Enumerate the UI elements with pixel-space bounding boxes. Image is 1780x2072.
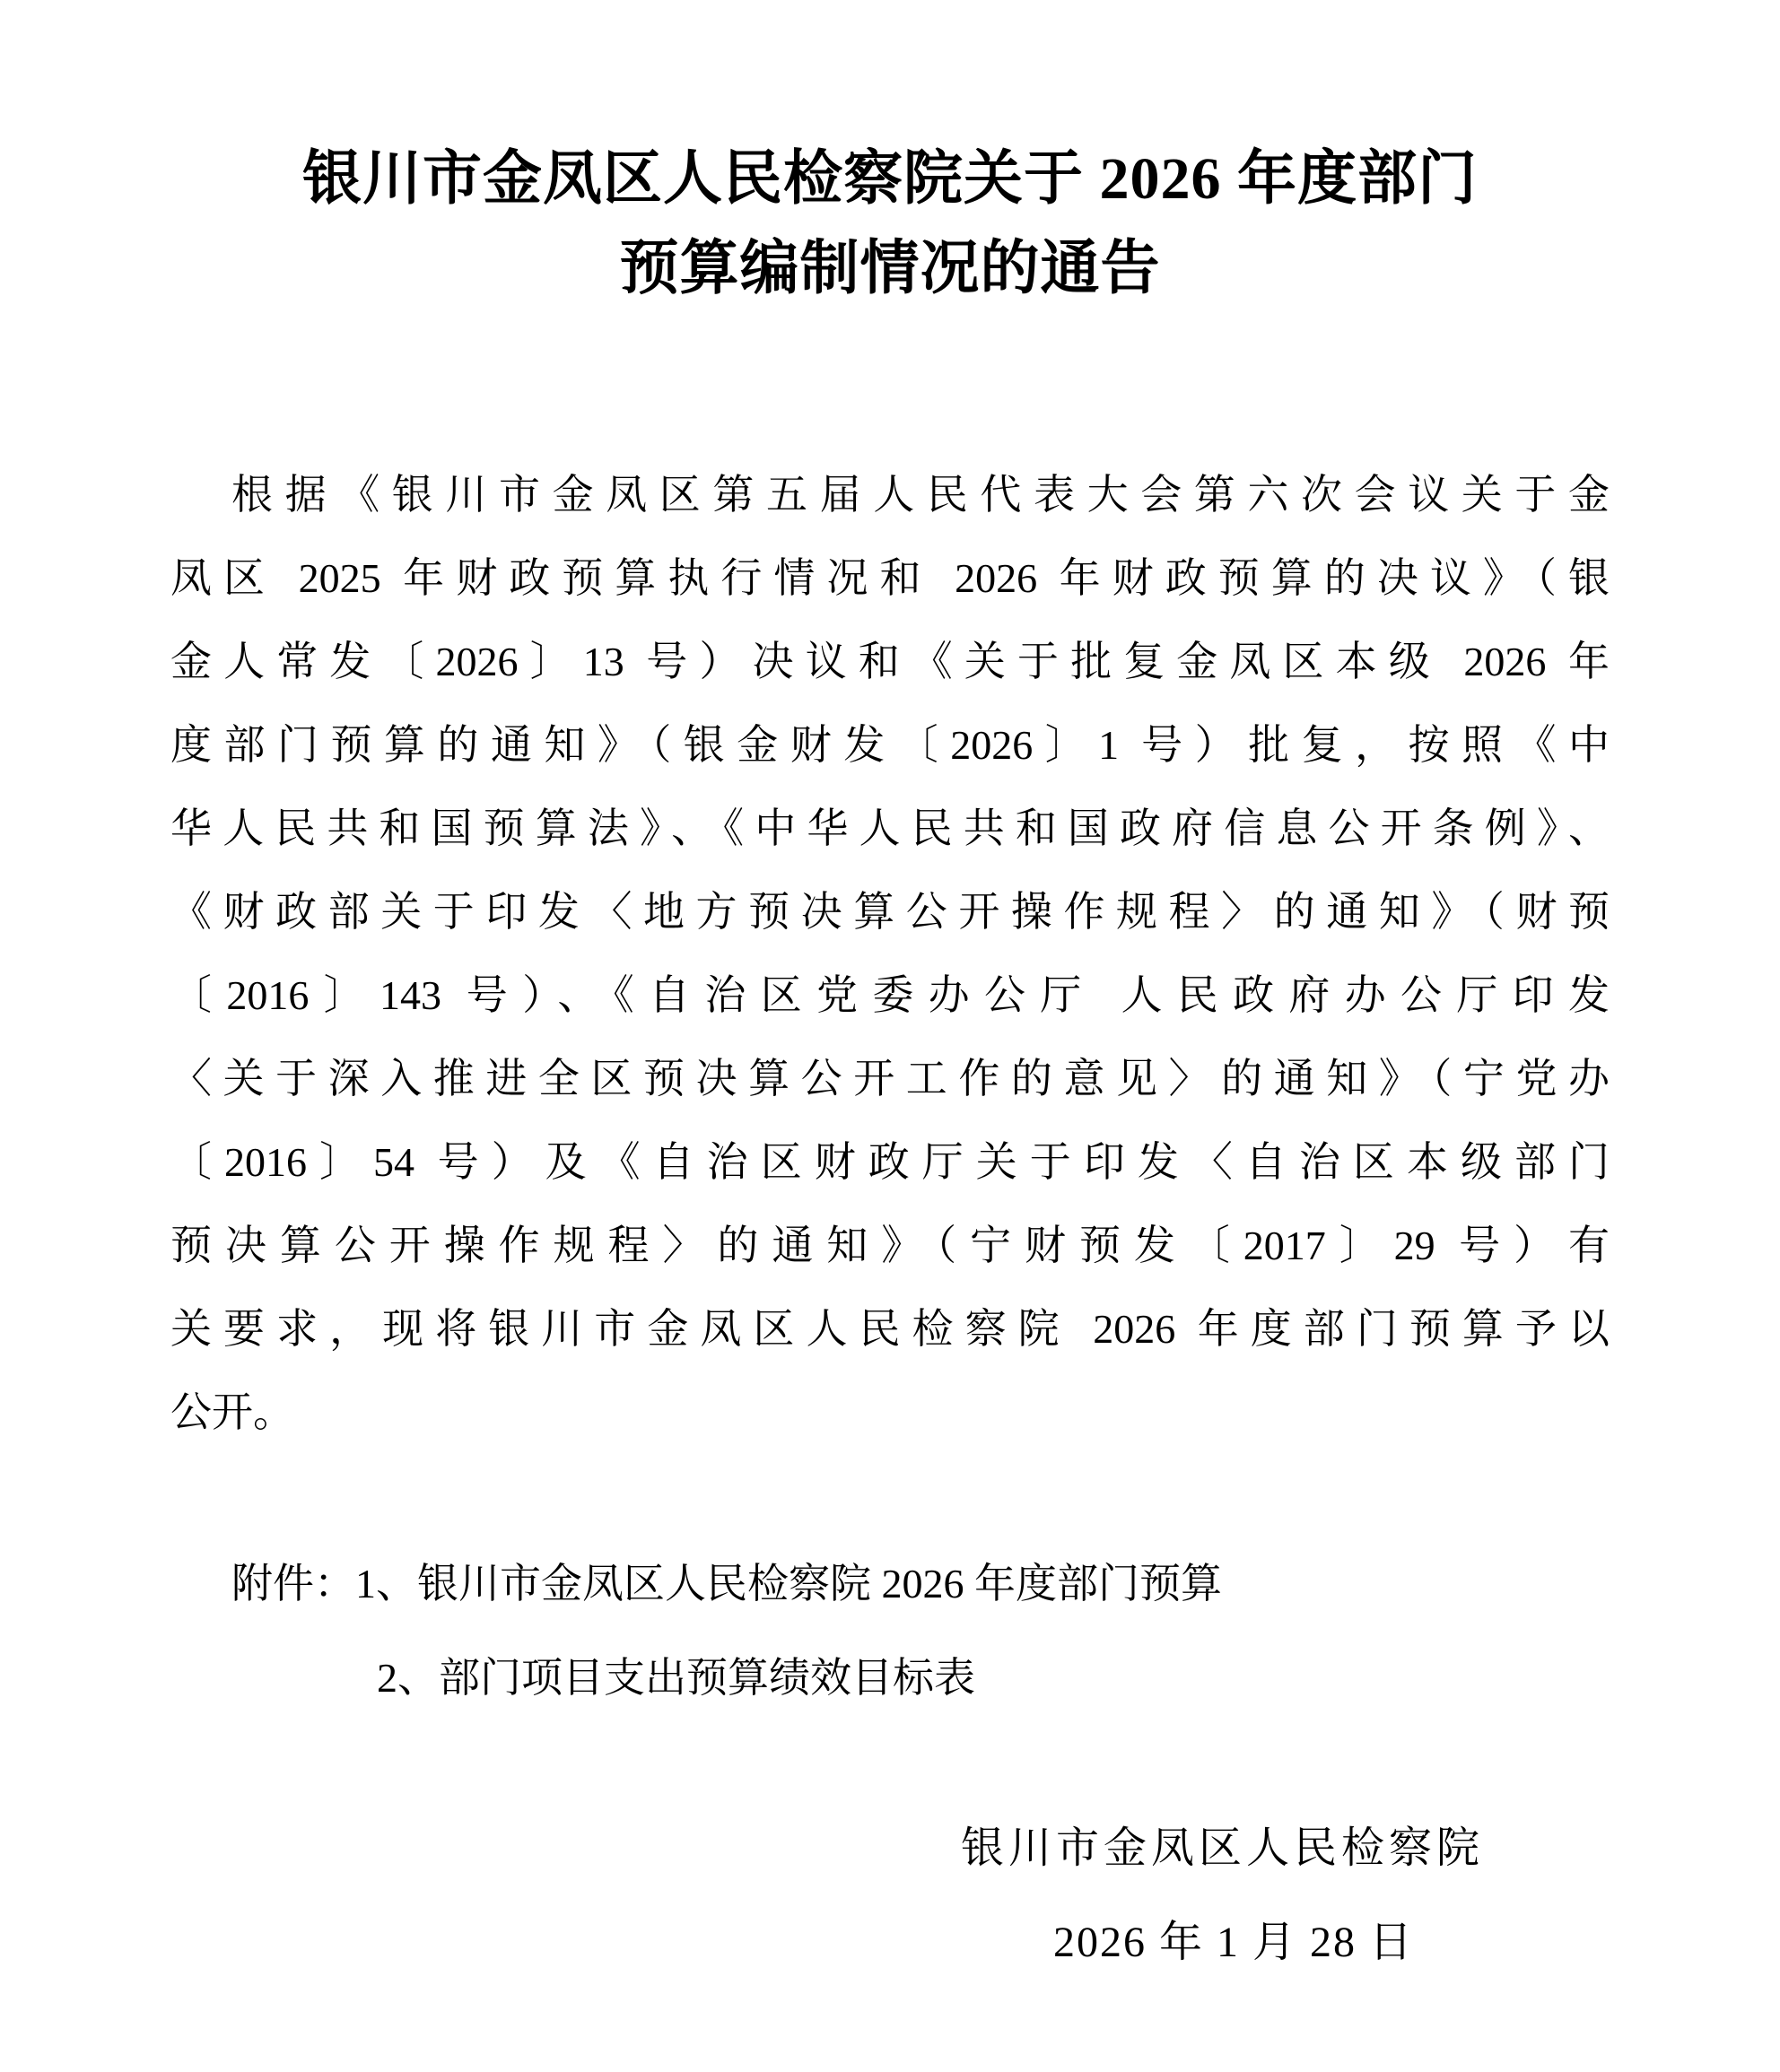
attachments-section: 附件：1、银川市金凤区人民检察院 2026 年度部门预算 2、部门项目支出预算绩… — [170, 1537, 1610, 1725]
body-line: 根据《银川市金凤区第五届人民代表大会第六次会议关于金 — [170, 453, 1610, 536]
body-line: 〔2016〕54 号）及《自治区财政厅关于印发〈自治区本级部门 — [170, 1120, 1610, 1204]
body-line: 预决算公开操作规程〉的通知》（宁财预发〔2017〕29 号）有 — [170, 1204, 1610, 1287]
body-line: 《财政部关于印发〈地方预决算公开操作规程〉的通知》（财预 — [170, 870, 1610, 953]
body-line: 华人民共和国预算法》、《中华人民共和国政府信息公开条例》、 — [170, 787, 1610, 870]
document-title: 银川市金凤区人民检察院关于 2026 年度部门 预算编制情况的通告 — [170, 135, 1610, 314]
document-title-line-2: 预算编制情况的通告 — [170, 224, 1610, 314]
body-line: 凤区 2025 年财政预算执行情况和 2026 年财政预算的决议》（银 — [170, 536, 1610, 620]
document-page: 银川市金凤区人民检察院关于 2026 年度部门 预算编制情况的通告 根据《银川市… — [0, 0, 1780, 2072]
document-body: 根据《银川市金凤区第五届人民代表大会第六次会议关于金 凤区 2025 年财政预算… — [170, 453, 1610, 1454]
signature-block: 银川市金凤区人民检察院 2026 年 1 月 28 日 — [170, 1801, 1610, 1989]
body-line: 公开。 — [170, 1371, 1610, 1454]
body-line: 〔2016〕143 号）、《自治区党委办公厅 人民政府办公厅印发 — [170, 953, 1610, 1037]
body-line: 〈关于深入推进全区预决算公开工作的意见〉的通知》（宁党办 — [170, 1037, 1610, 1120]
body-line: 度部门预算的通知》（银金财发〔2026〕1 号）批复，按照《中 — [170, 703, 1610, 787]
document-title-line-1: 银川市金凤区人民检察院关于 2026 年度部门 — [170, 135, 1610, 224]
signature-organization: 银川市金凤区人民检察院 — [170, 1801, 1610, 1895]
signature-date: 2026 年 1 月 28 日 — [170, 1895, 1610, 1989]
body-line: 金人常发〔2026〕13 号）决议和《关于批复金凤区本级 2026 年 — [170, 620, 1610, 703]
attachment-item-1: 附件：1、银川市金凤区人民检察院 2026 年度部门预算 — [170, 1537, 1610, 1631]
attachment-item-2: 2、部门项目支出预算绩效目标表 — [170, 1631, 1610, 1725]
body-line: 关要求，现将银川市金凤区人民检察院 2026 年度部门预算予以 — [170, 1287, 1610, 1371]
